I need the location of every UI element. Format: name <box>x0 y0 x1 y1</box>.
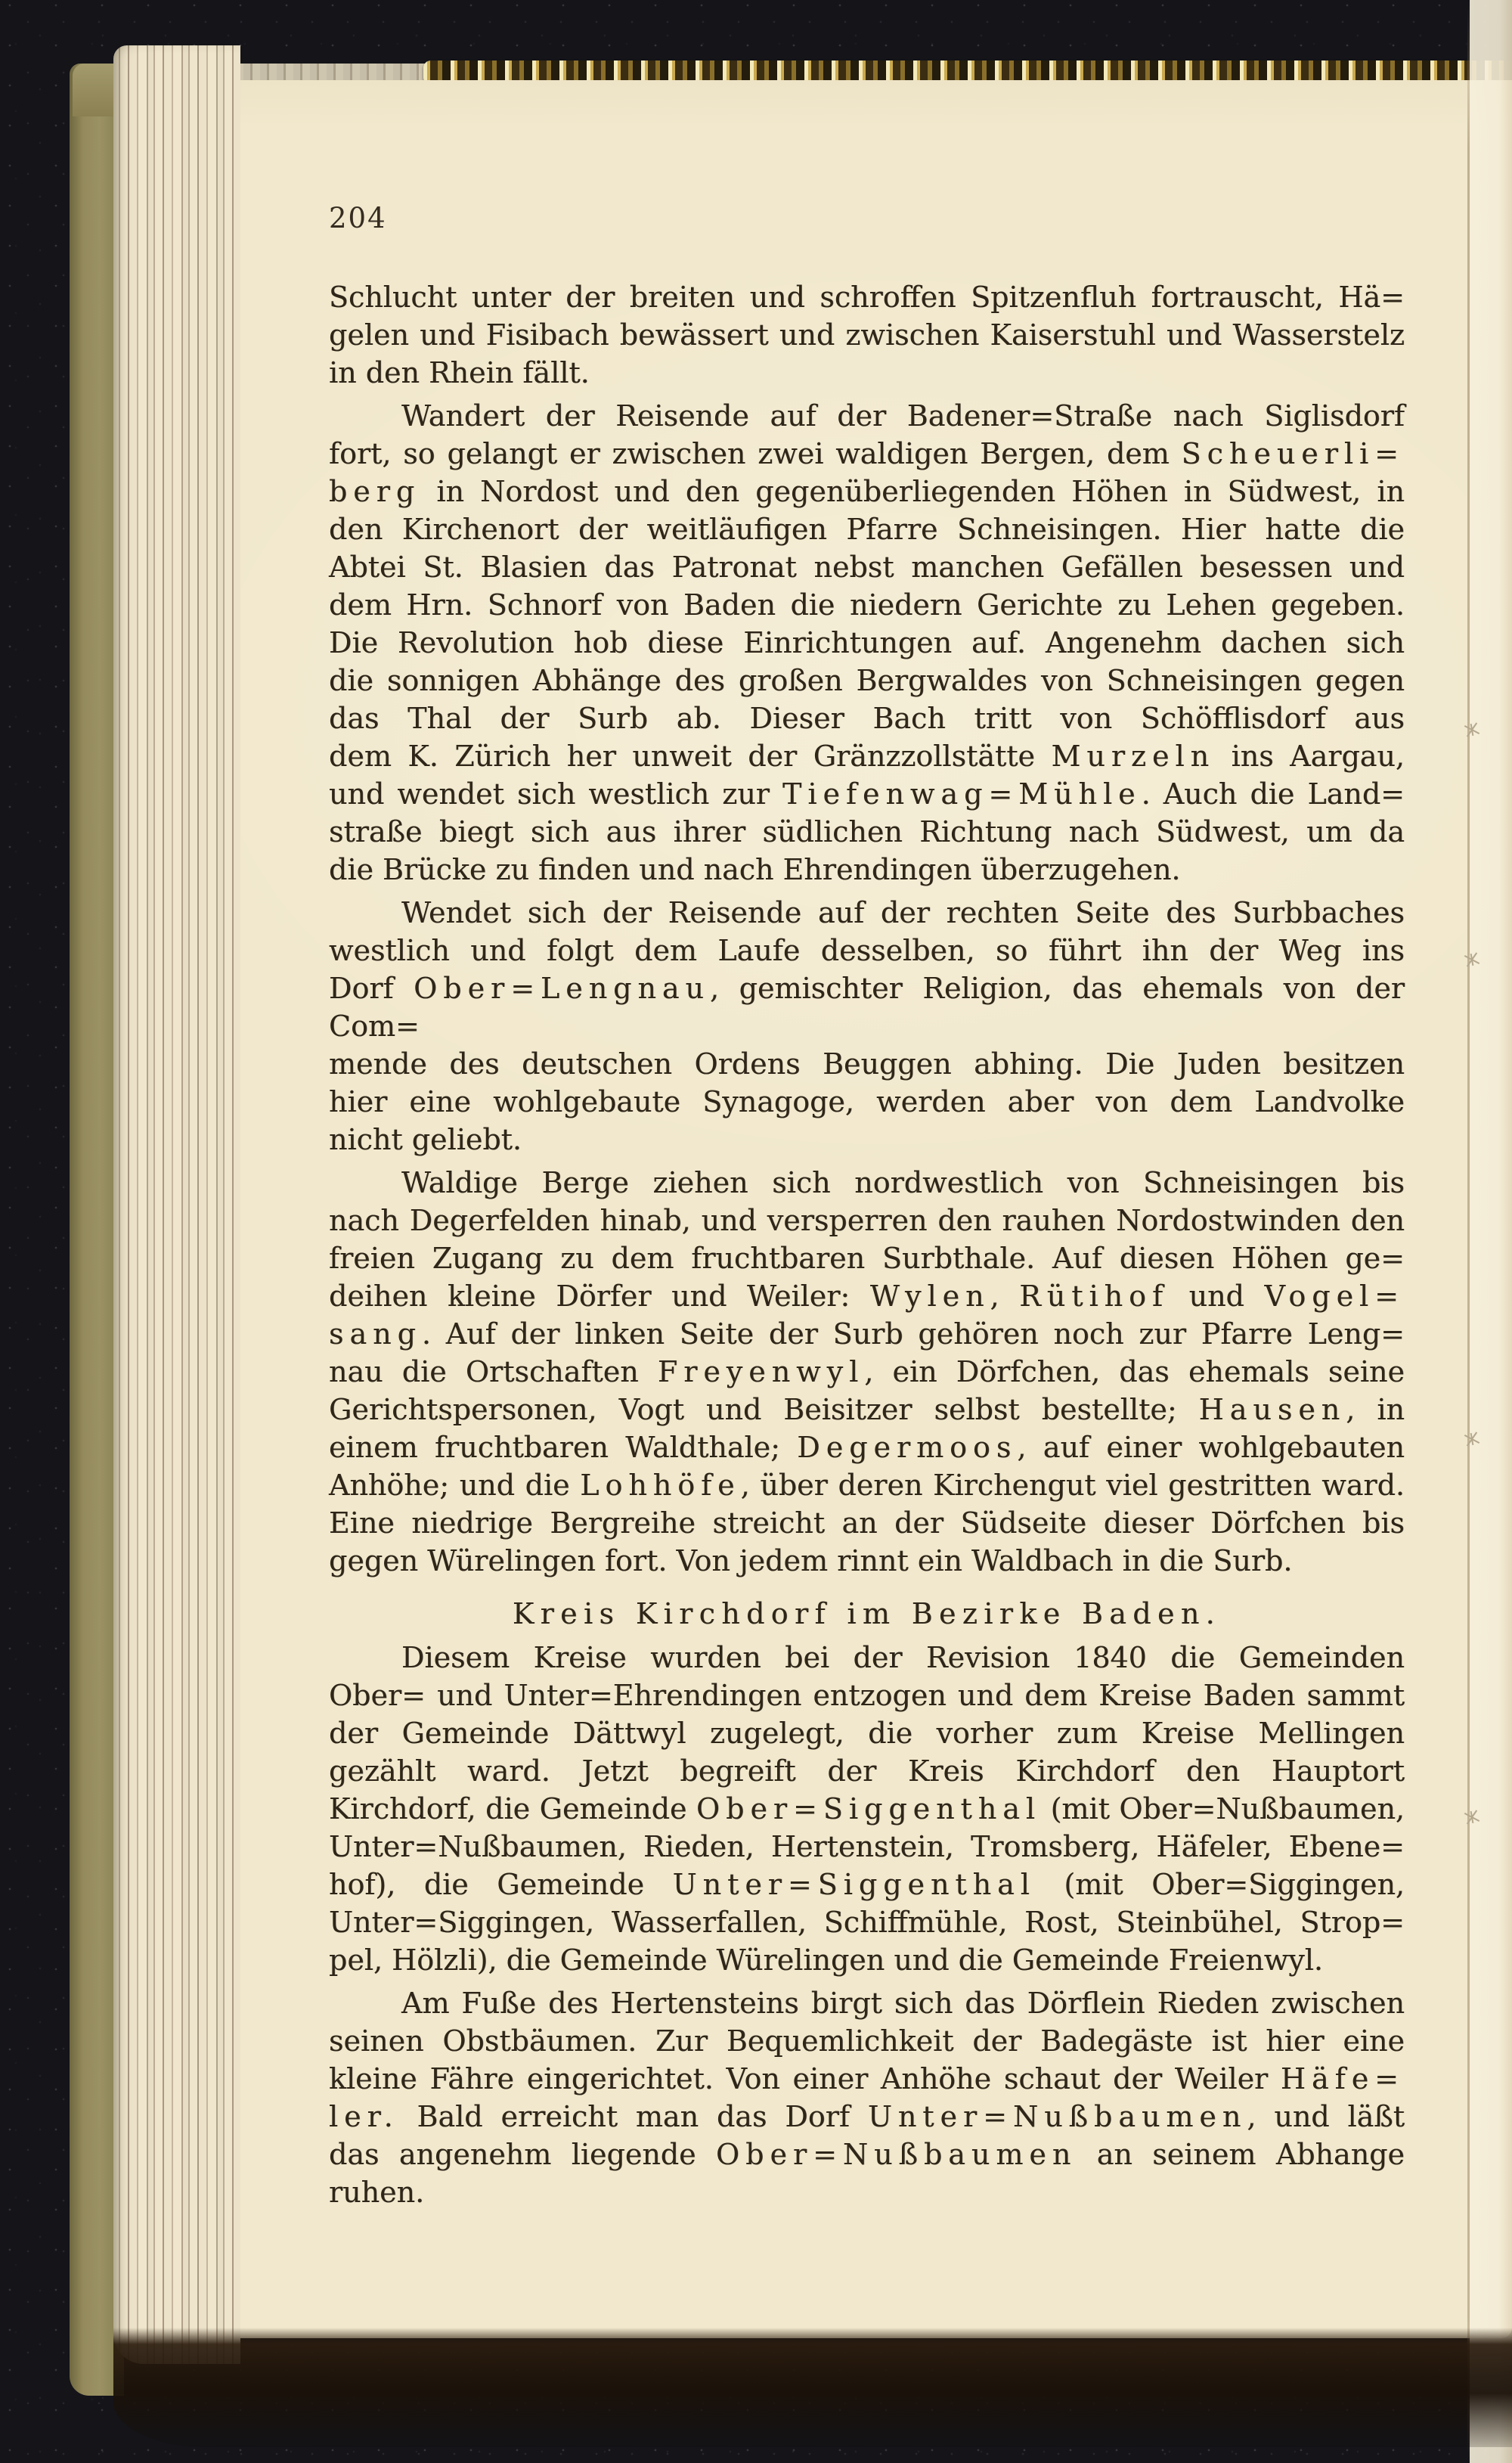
text-line: sang. Auf der linken Seite der Surb gehö… <box>329 1315 1405 1353</box>
emphasized-name: Freyenwyl <box>658 1355 864 1388</box>
text-line: Anhöhe; und die Lohhöfe, über deren Kirc… <box>329 1466 1405 1504</box>
text-line: Wandert der Reisende auf der Badener=Str… <box>329 397 1405 435</box>
book-page: 204 Schlucht unter der breiten und schro… <box>119 80 1512 2338</box>
text-line: mende des deutschen Ordens Beuggen abhin… <box>329 1045 1405 1083</box>
text-line: Wendet sich der Reisende auf der rechten… <box>329 894 1405 932</box>
text-line: Abtei St. Blasien das Patronat nebst man… <box>329 548 1405 586</box>
text-line: und wendet sich westlich zur Tiefenwag=M… <box>329 775 1405 813</box>
page-bottom-shadow <box>113 2328 1512 2447</box>
text-line: deihen kleine Dörfer und Weiler: Wylen, … <box>329 1277 1405 1315</box>
emphasized-name: Unter=Nußbaumen <box>868 2100 1247 2133</box>
emphasized-name: ler. <box>329 2100 399 2133</box>
text-line: den Kirchenort der weitläufigen Pfarre S… <box>329 510 1405 548</box>
text-line: ruhen. <box>329 2173 1405 2211</box>
text-line: straße biegt sich aus ihrer südlichen Ri… <box>329 813 1405 851</box>
text-line: dem Hrn. Schnorf von Baden die niedern G… <box>329 586 1405 624</box>
text-line: Dorf Ober=Lengnau, gemischter Religion, … <box>329 969 1405 1045</box>
emphasized-name: Ober=Nußbaumen <box>716 2138 1077 2171</box>
text-line: die sonnigen Abhänge des großen Bergwald… <box>329 662 1405 700</box>
paragraph: Schlucht unter der breiten und schroffen… <box>329 278 1405 392</box>
text-line: Gerichtspersonen, Vogt und Beisitzer sel… <box>329 1391 1405 1428</box>
stitch-mark <box>1464 951 1480 968</box>
paragraph: Diesem Kreise wurden bei der Revision 18… <box>329 1639 1405 1979</box>
text-line: Waldige Berge ziehen sich nordwestlich v… <box>329 1164 1405 1202</box>
emphasized-name: Wylen <box>870 1280 990 1313</box>
text-line: Kirchdorf, die Gemeinde Ober=Siggenthal … <box>329 1790 1405 1828</box>
text-line: ler. Bald erreicht man das Dorf Unter=Nu… <box>329 2098 1405 2136</box>
text-line: Unter=Nußbaumen, Rieden, Hertenstein, Tr… <box>329 1828 1405 1866</box>
page-number: 204 <box>329 203 1405 234</box>
text-line: kleine Fähre eingerichtet. Von einer Anh… <box>329 2060 1405 2098</box>
paragraph: Am Fuße des Hertensteins birgt sich das … <box>329 1984 1405 2211</box>
text-line: Unter=Siggingen, Wasserfallen, Schiffmüh… <box>329 1903 1405 1941</box>
text-line: seinen Obstbäumen. Zur Bequemlichkeit de… <box>329 2022 1405 2060</box>
page-text: Schlucht unter der breiten und schroffen… <box>329 278 1405 2211</box>
text-line: das Thal der Surb ab. Dieser Bach tritt … <box>329 700 1405 737</box>
emphasized-name: Ober=Siggenthal <box>696 1792 1041 1826</box>
stitch-mark <box>1464 1431 1480 1447</box>
text-line: in den Rhein fällt. <box>329 354 1405 392</box>
text-line: nicht geliebt. <box>329 1121 1405 1159</box>
text-line: Die Revolution hob diese Einrichtungen a… <box>329 624 1405 662</box>
emphasized-name: Unter=Siggenthal <box>673 1868 1036 1901</box>
outer-leaf-edge <box>1470 0 1512 2463</box>
stitch-mark <box>1464 721 1480 738</box>
stitch-mark <box>1464 1809 1480 1826</box>
text-line: freien Zugang zu dem fruchtbaren Surbtha… <box>329 1239 1405 1277</box>
text-line: gezählt ward. Jetzt begreift der Kreis K… <box>329 1752 1405 1790</box>
text-line: Schlucht unter der breiten und schroffen… <box>329 278 1405 316</box>
emphasized-name: Ober=Lengnau <box>414 972 710 1005</box>
text-line: berg in Nordost und den gegenüberliegend… <box>329 473 1405 510</box>
emphasized-name: Murzeln <box>1052 740 1216 773</box>
emphasized-name: Vogel= <box>1264 1280 1405 1313</box>
emphasized-name: Hausen <box>1199 1393 1346 1426</box>
emphasized-name: berg <box>329 475 420 508</box>
text-line: westlich und folgt dem Laufe desselben, … <box>329 932 1405 969</box>
text-line: gelen und Fisibach bewässert und zwische… <box>329 316 1405 354</box>
text-line: Ober= und Unter=Ehrendingen entzogen und… <box>329 1677 1405 1714</box>
paragraph: Wandert der Reisende auf der Badener=Str… <box>329 397 1405 889</box>
text-line: nach Degerfelden hinab, und versperren d… <box>329 1202 1405 1239</box>
text-line: Diesem Kreise wurden bei der Revision 18… <box>329 1639 1405 1677</box>
text-line: pel, Hölzli), die Gemeinde Würelingen un… <box>329 1941 1405 1979</box>
emphasized-name: Scheuerli= <box>1182 437 1405 470</box>
text-line: das angenehm liegende Ober=Nußbaumen an … <box>329 2136 1405 2173</box>
text-line: fort, so gelangt er zwischen zwei waldig… <box>329 435 1405 473</box>
text-line: die Brücke zu finden und nach Ehrendinge… <box>329 851 1405 889</box>
scan-background: 204 Schlucht unter der breiten und schro… <box>0 0 1512 2463</box>
emphasized-name: Tiefenwag=Mühle <box>782 777 1142 811</box>
emphasized-name: Lohhöfe <box>580 1469 740 1502</box>
text-line: einem fruchtbaren Waldthale; Degermoos, … <box>329 1428 1405 1466</box>
section-heading: Kreis Kirchdorf im Bezirke Baden. <box>329 1595 1405 1633</box>
text-line: Am Fuße des Hertensteins birgt sich das … <box>329 1984 1405 2022</box>
paragraph: Waldige Berge ziehen sich nordwestlich v… <box>329 1164 1405 1580</box>
text-line: der Gemeinde Dättwyl zugelegt, die vorhe… <box>329 1714 1405 1752</box>
emphasized-name: Degermoos <box>797 1431 1017 1464</box>
text-line: gegen Würelingen fort. Von jedem rinnt e… <box>329 1542 1405 1580</box>
paragraph: Wendet sich der Reisende auf der rechten… <box>329 894 1405 1159</box>
page-stack-left <box>113 45 240 2364</box>
text-line: dem K. Zürich her unweit der Gränzzollst… <box>329 737 1405 775</box>
text-line: hof), die Gemeinde Unter=Siggenthal (mit… <box>329 1866 1405 1903</box>
text-line: nau die Ortschaften Freyenwyl, ein Dörfc… <box>329 1353 1405 1391</box>
emphasized-name: sang <box>329 1317 422 1351</box>
emphasized-name: Rütihof <box>1019 1280 1169 1313</box>
text-line: hier eine wohlgebaute Synagoge, werden a… <box>329 1083 1405 1121</box>
text-line: Eine niedrige Bergreihe streicht an der … <box>329 1504 1405 1542</box>
emphasized-name: Häfe= <box>1281 2062 1405 2095</box>
